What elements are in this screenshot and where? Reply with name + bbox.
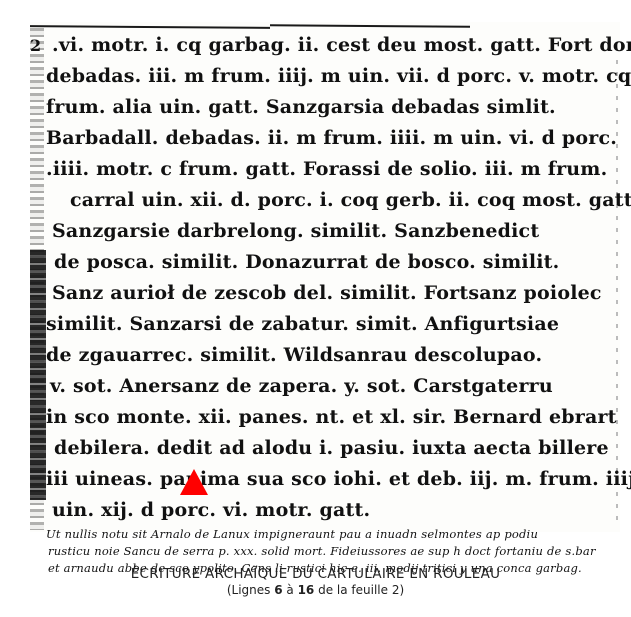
manuscript-line: de zgauarrec. similit. Wildsanrau descol…	[40, 340, 615, 371]
manuscript-line: carral uin. xii. d. porc. i. coq gerb. i…	[40, 185, 615, 216]
red-triangle-marker-icon	[180, 469, 208, 495]
manuscript-line: de posca. similit. Donazurrat de bosco. …	[40, 247, 615, 278]
caption-line-from: 6	[274, 583, 282, 597]
caption-line-to: 16	[298, 583, 315, 597]
figure-caption-title: ÉCRITURE ARCHAÏQUE DU CARTULAIRE EN ROUL…	[0, 566, 631, 582]
caption-sub-prefix: (Lignes	[227, 583, 274, 597]
caption-sub-suffix: de la feuille 2)	[314, 583, 404, 597]
figure-caption-subtitle: (Lignes 6 à 16 de la feuille 2)	[0, 583, 631, 597]
manuscript-line: v. sot. Anersanz de zapera. y. sot. Cars…	[40, 371, 615, 402]
footnote-line: rusticu noie Sancu de serra p. xxx. soli…	[40, 543, 615, 560]
manuscript-line: frum. alia uin. gatt. Sanzgarsia debadas…	[40, 92, 615, 123]
manuscript-line: Barbadall. debadas. ii. m frum. iiii. m …	[40, 123, 615, 154]
manuscript-line: uin. xij. d porc. vi. motr. gatt.	[40, 495, 615, 526]
manuscript-text: 2 .vi. motr. i. cq garbag. ii. cest deu …	[40, 30, 615, 577]
manuscript-line: Sanzgarsie darbrelong. similit. Sanzbene…	[40, 216, 615, 247]
footnote-line: Ut nullis notu sit Arnalo de Lanux impig…	[40, 526, 615, 543]
caption-sub-mid: à	[283, 583, 298, 597]
manuscript-line: similit. Sanzarsi de zabatur. simit. Anf…	[40, 309, 615, 340]
manuscript-line: .vi. motr. i. cq garbag. ii. cest deu mo…	[40, 30, 615, 61]
manuscript-line: debilera. dedit ad alodu i. pasiu. iuxta…	[40, 433, 615, 464]
manuscript-line: Sanz aurioł de zescob del. similit. Fort…	[40, 278, 615, 309]
manuscript-line: debadas. iii. m frum. iiij. m uin. vii. …	[40, 61, 615, 92]
manuscript-line: iii uineas. panima sua sco iohi. et deb.…	[40, 464, 615, 495]
manuscript-line: in sco monte. xii. panes. nt. et xl. sir…	[40, 402, 615, 433]
manuscript-line: .iiii. motr. c frum. gatt. Forassi de so…	[40, 154, 615, 185]
